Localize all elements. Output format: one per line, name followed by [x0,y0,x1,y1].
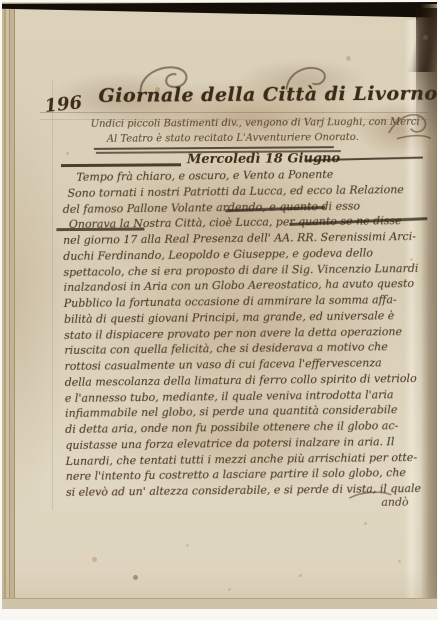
ink-rule [61,163,181,166]
journal-entry-text: Tempo frà chiaro, e oscuro, e Vento a Po… [62,166,421,501]
handwritten-ink-layer: 196 Giornale della Città di Livorno Undi… [0,0,438,620]
header-line: Al Teatro è stato recitato L'Avventurier… [107,132,359,145]
manuscript-scan: 196 Giornale della Città di Livorno Undi… [0,0,438,620]
folio-number: 196 [44,92,84,117]
header-line: Undici piccoli Bastimenti div., vengono … [91,117,420,130]
page-title: Giornale della Città di Livorno [98,83,408,107]
ink-rule [94,146,334,150]
catchword: andò [381,496,408,509]
